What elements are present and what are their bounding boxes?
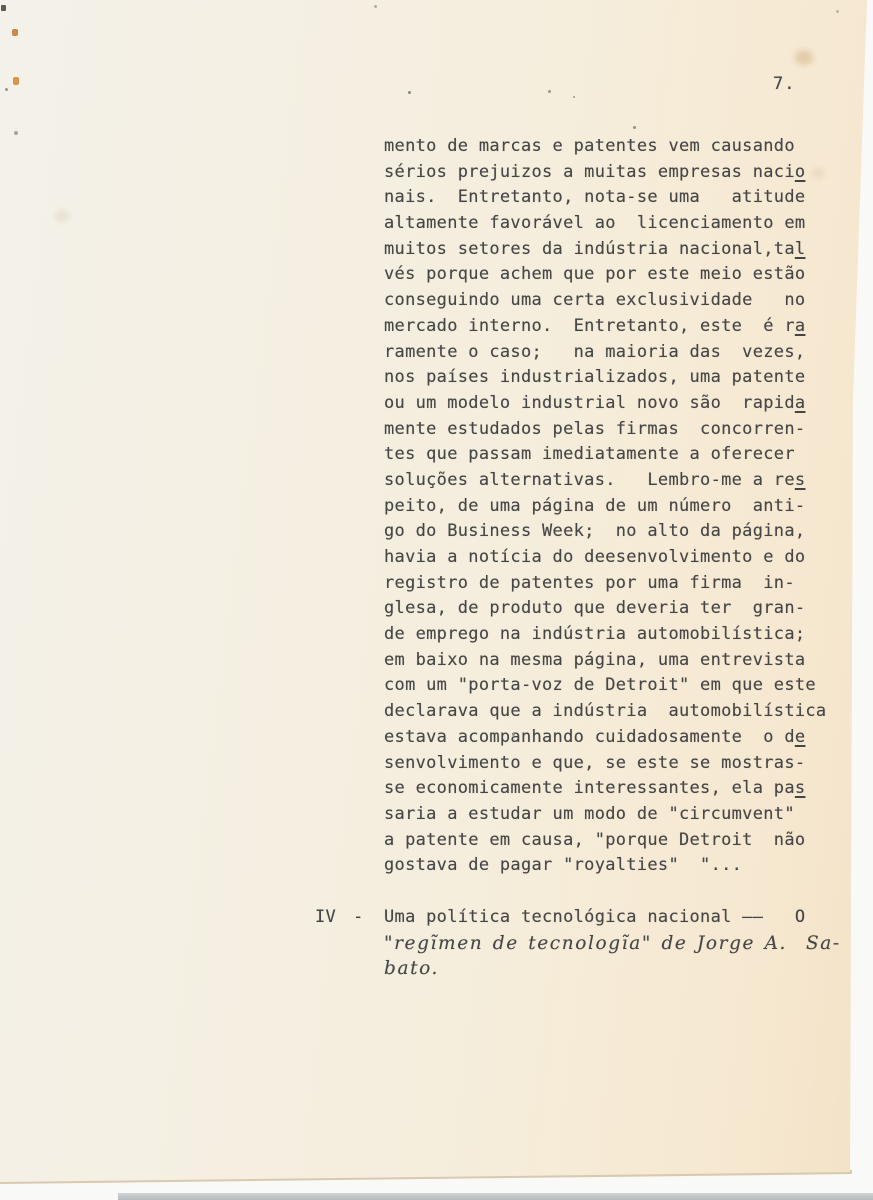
text-line: em baixo na mesma página, uma entrevista	[384, 648, 844, 674]
text-line: com um "porta-voz de Detroit" em que est…	[384, 673, 844, 699]
text-line: saria a estudar um modo de "circumvent"	[384, 802, 844, 828]
paragraph-block: mento de marcas e patentes vem causandos…	[384, 134, 844, 879]
scan-speck	[548, 90, 551, 93]
underlined-letter: l	[795, 239, 806, 259]
scan-stain	[812, 168, 824, 178]
scan-speck	[633, 126, 636, 129]
text-line: nais. Entretanto, nota-se uma atitude	[384, 185, 844, 211]
scan-speck	[374, 5, 377, 8]
text-line: mercado interno. Entretanto, este é ra	[384, 314, 844, 340]
section-line-script: "regĩmen de tecnologĩa" de Jorge A. Sa-	[384, 931, 835, 957]
scan-speck	[12, 29, 18, 36]
scanned-document: 7. mento de marcas e patentes vem causan…	[0, 0, 873, 1200]
scan-speck	[14, 131, 18, 135]
text-line: registro de patentes por uma firma in-	[384, 571, 844, 597]
text-line: ramente o caso; na maioria das vezes,	[384, 340, 844, 366]
section-line-script: bato.	[384, 956, 835, 982]
text-line: altamente favorável ao licenciamento em	[384, 211, 844, 237]
section-item-iv: IV - Uma política tecnológica nacional —…	[315, 905, 835, 982]
text-line: senvolvimento e que, se este se mostras-	[384, 751, 844, 777]
scan-speck	[1, 5, 6, 11]
text-line: tes que passam imediatamente a oferecer	[384, 442, 844, 468]
section-dash: -	[353, 905, 364, 931]
scan-speck	[408, 91, 411, 94]
text-line: muitos setores da indústria nacional,tal	[384, 237, 844, 263]
text-line: havia a notícia do deesenvolvimento e do	[384, 545, 844, 571]
text-line: se economicamente interessantes, ela pas	[384, 776, 844, 802]
text-line: nos países industrializados, uma patente	[384, 365, 844, 391]
scan-speck	[573, 96, 575, 98]
section-item-text: Uma política tecnológica nacional —— O"r…	[384, 905, 835, 982]
text-line: sérios prejuizos a muitas empresas nacio	[384, 160, 844, 186]
page-number: 7.	[773, 74, 795, 94]
scan-speck	[836, 10, 839, 13]
text-line: gostava de pagar "royalties" "...	[384, 853, 844, 879]
scan-speck	[512, 733, 515, 736]
underlined-letter: o	[795, 162, 806, 182]
text-line: estava acompanhando cuidadosamente o de	[384, 725, 844, 751]
scan-speck	[5, 88, 8, 91]
scanner-edge-bar	[118, 1193, 873, 1200]
scan-speck	[13, 77, 19, 85]
text-line: mento de marcas e patentes vem causando	[384, 134, 844, 160]
paper-page: 7. mento de marcas e patentes vem causan…	[0, 0, 873, 1200]
text-line: go do Business Week; no alto da página,	[384, 519, 844, 545]
text-line: soluções alternativas. Lembro-me a res	[384, 468, 844, 494]
underlined-letter: s	[795, 470, 806, 490]
text-line: de emprego na indústria automobilística;	[384, 622, 844, 648]
scan-stain	[795, 50, 813, 65]
underlined-letter: a	[795, 316, 806, 336]
text-line: peito, de uma página de um número anti-	[384, 494, 844, 520]
text-line: glesa, de produto que deveria ter gran-	[384, 596, 844, 622]
text-line: ou um modelo industrial novo são rapida	[384, 391, 844, 417]
section-marker: IV	[315, 905, 336, 931]
underlined-letter: a	[795, 393, 806, 413]
text-line: vés porque achem que por este meio estão	[384, 262, 844, 288]
text-line: a patente em causa, "porque Detroit não	[384, 828, 844, 854]
text-line: declarava que a indústria automobilístic…	[384, 699, 844, 725]
underlined-letter: e	[795, 727, 806, 747]
scan-stain	[55, 210, 69, 222]
section-line: Uma política tecnológica nacional —— O	[384, 905, 835, 931]
text-line: conseguindo uma certa exclusividade no	[384, 288, 844, 314]
underlined-letter: s	[795, 778, 806, 798]
text-line: mente estudados pelas firmas concorren-	[384, 417, 844, 443]
